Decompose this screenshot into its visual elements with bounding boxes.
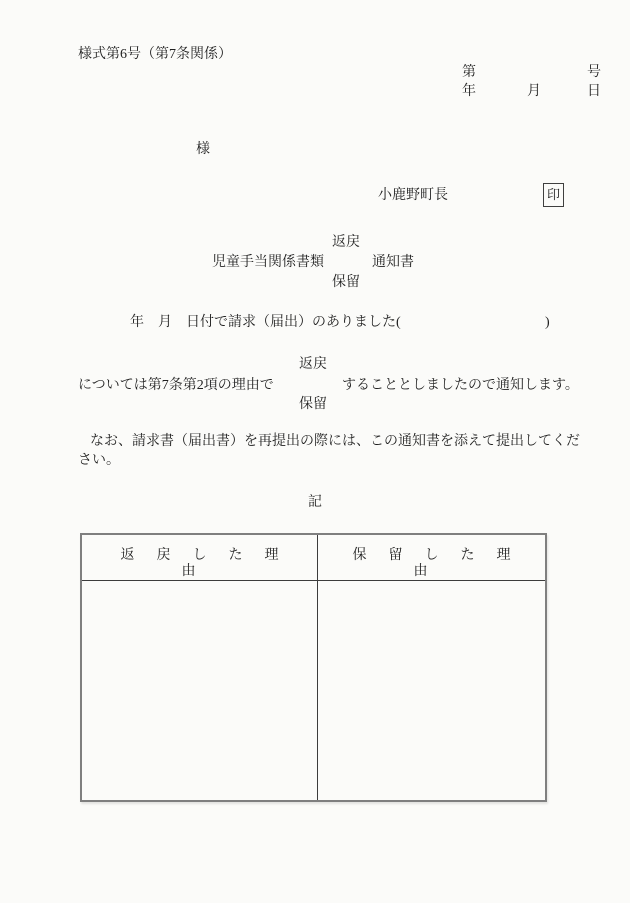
reason-right-text: することとしましたので通知します。 xyxy=(342,378,579,394)
document-page: 様式第6号（第7条関係） 第 号 年 月 日 様 小鹿野町長 印 返戻 児童手当… xyxy=(0,0,630,903)
reason-table-body-row xyxy=(82,581,545,800)
hold-reason-cell xyxy=(318,581,545,800)
ki-marker: 記 xyxy=(0,495,630,511)
date-month-label: 月 xyxy=(527,84,541,100)
title-option-hold: 保留 xyxy=(332,275,360,291)
request-line-text: 年 月 日付で請求（届出）のありました( xyxy=(130,315,401,331)
issuer-title: 小鹿野町長 xyxy=(378,188,448,204)
addressee-honorific: 様 xyxy=(196,142,210,158)
note-line-1: なお、請求書（届出書）を再提出の際には、この通知書を添えて提出してくだ xyxy=(90,434,580,450)
table-header-hold-reason: 保留した理由 xyxy=(318,535,545,580)
reason-left-text: については第7条第2項の理由で xyxy=(78,378,274,394)
reason-option-return: 返戻 xyxy=(299,357,327,373)
request-line-close-paren: ) xyxy=(545,315,550,331)
seal-box: 印 xyxy=(543,183,564,207)
doc-number-suffix: 号 xyxy=(587,65,601,81)
date-year-label: 年 xyxy=(462,84,476,100)
reason-table-header-row: 返戻した理由 保留した理由 xyxy=(82,535,545,581)
seal-label: 印 xyxy=(547,188,560,203)
reason-table: 返戻した理由 保留した理由 xyxy=(80,533,547,802)
return-reason-cell xyxy=(82,581,318,800)
reason-option-hold: 保留 xyxy=(299,397,327,413)
title-subject: 児童手当関係書類 xyxy=(212,255,324,271)
title-option-return: 返戻 xyxy=(332,235,360,251)
date-day-label: 日 xyxy=(587,84,601,100)
title-suffix: 通知書 xyxy=(372,255,414,271)
doc-number-prefix: 第 xyxy=(462,65,476,81)
table-header-return-reason: 返戻した理由 xyxy=(82,535,318,580)
form-number: 様式第6号（第7条関係） xyxy=(78,47,232,63)
note-line-2: さい。 xyxy=(78,453,120,469)
